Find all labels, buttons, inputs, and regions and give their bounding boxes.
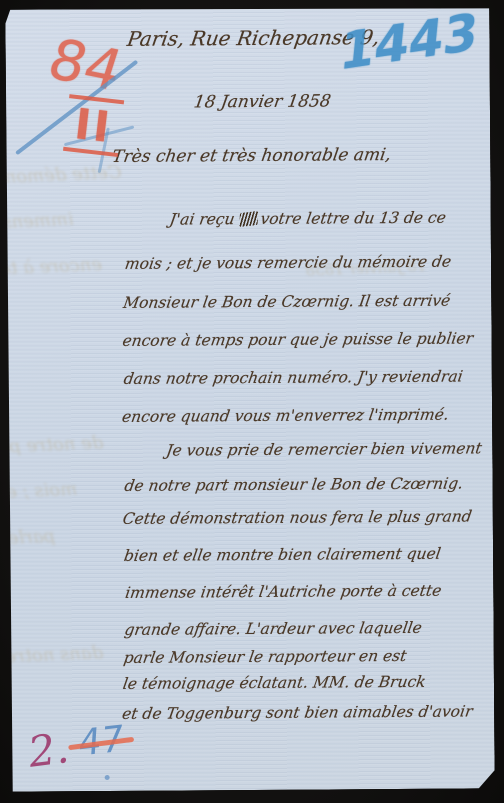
salutation-line: Très cher et très honorable ami, <box>111 145 393 167</box>
ink-bleedthrough: mois ; et je vous remercie du mémoire de <box>5 479 77 516</box>
body-line: Cette démonstration nous fera le plus gr… <box>121 507 473 527</box>
letter-page: Cette démonstration nous fera le plus gr… <box>5 6 494 791</box>
body-line-text: votre lettre du 13 de ce <box>259 209 447 228</box>
ink-bleedthrough: encore à temps pour que je puisse le pub… <box>5 254 102 292</box>
body-line: encore quand vous m'enverrez l'imprimé. <box>121 406 450 426</box>
body-line: J'ai reçuvotre lettre du 13 de ce <box>168 209 447 229</box>
crossed-out-word-blot <box>239 211 258 227</box>
body-line: grande affaire. L'ardeur avec laquelle <box>123 619 423 639</box>
registry-number-1443: 1443 <box>337 6 481 81</box>
body-line: le témoignage éclatant. MM. de Bruck <box>122 673 427 693</box>
body-line: encore à temps pour que je puisse le pub… <box>121 329 474 349</box>
blue-ink-dot <box>105 775 110 780</box>
body-line: mois ; et je vous remercie du mémoire de <box>124 253 453 273</box>
body-line: Monsieur le Bon de Czœrnig. Il est arriv… <box>122 292 452 312</box>
body-line: Je vous prie de remercier bien vivement <box>165 439 483 459</box>
body-line: immense intérêt l'Autriche porte à cette <box>124 582 443 602</box>
date-line: 18 Janvier 1858 <box>192 91 332 112</box>
body-line: et de Toggenburg sont bien aimables d'av… <box>121 702 474 722</box>
ink-bleedthrough: immense intérêt l'Autriche porte à cette <box>5 209 74 245</box>
roman-numeral-text: II <box>63 94 124 157</box>
ink-bleedthrough: parle Monsieur le rapporteur en est <box>5 526 55 561</box>
folio-number: 2. <box>25 723 71 777</box>
body-line: parle Monsieur le rapporteur en est <box>122 647 407 667</box>
ink-bleedthrough: de notre part monsieur le Bon de Czœrnig… <box>5 432 103 469</box>
ink-bleedthrough: dans notre prochain numéro. J'y reviendr… <box>5 642 103 679</box>
body-line: dans notre prochain numéro. J'y reviendr… <box>122 368 464 388</box>
ink-bleedthrough: Cette démonstration nous fera le plus gr… <box>5 162 122 200</box>
body-line: de notre part monsieur le Bon de Czœrnig… <box>123 475 464 495</box>
archival-number-84: 84 <box>41 27 131 104</box>
body-line: bien et elle montre bien clairement quel <box>123 545 442 565</box>
body-line-text: J'ai reçu <box>168 210 236 228</box>
photograph-background: Cette démonstration nous fera le plus gr… <box>0 0 504 803</box>
archival-roman-numeral: II <box>63 94 124 157</box>
